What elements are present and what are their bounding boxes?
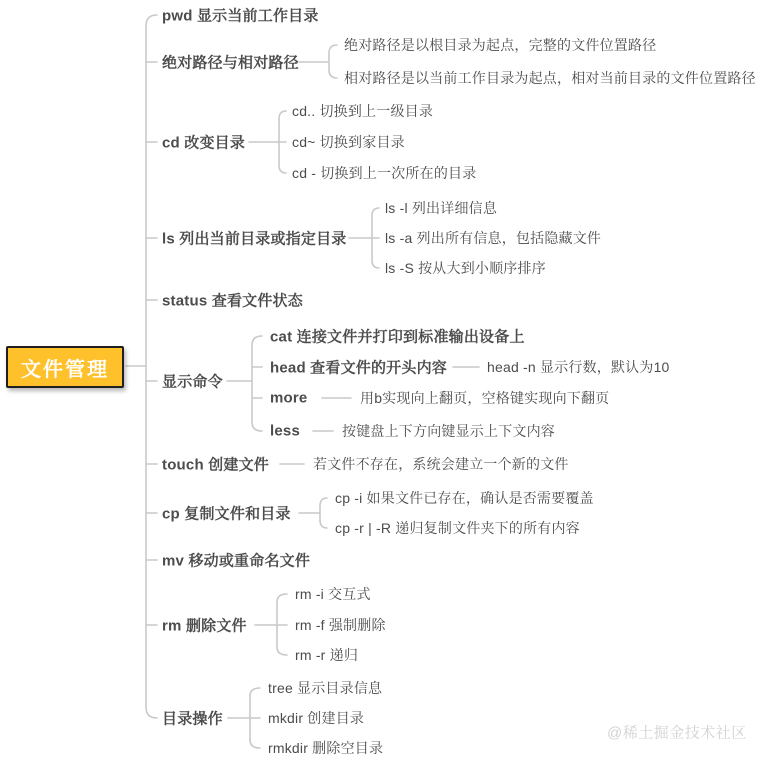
node-display: 显示命令 xyxy=(162,371,223,392)
bracket-cd xyxy=(249,111,286,173)
node-more: more xyxy=(270,390,307,407)
node-rmkdir: rmkdir 删除空目录 xyxy=(268,738,383,758)
node-dir-ops: 目录操作 xyxy=(162,708,223,729)
node-ls: ls 列出当前目录或指定目录 xyxy=(162,228,346,249)
node-head: head 查看文件的开头内容 xyxy=(270,357,447,378)
node-less-desc: 按键盘上下方向键显示上下文内容 xyxy=(342,421,555,441)
node-status: status 查看文件状态 xyxy=(162,290,303,311)
node-rm: rm 删除文件 xyxy=(162,615,247,636)
node-ls-l: ls -l 列出详细信息 xyxy=(385,198,497,218)
node-touch-desc: 若文件不存在，系统会建立一个新的文件 xyxy=(313,454,569,474)
node-cd-up: cd.. 切换到上一级目录 xyxy=(292,101,433,121)
node-mkdir: mkdir 创建目录 xyxy=(268,708,364,728)
node-more-desc: 用b实现向上翻页，空格键实现向下翻页 xyxy=(360,388,609,408)
node-cat: cat 连接文件并打印到标准输出设备上 xyxy=(270,326,525,347)
node-ls-s: ls -S 按从大到小顺序排序 xyxy=(385,258,546,278)
node-cd: cd 改变目录 xyxy=(162,132,245,153)
node-tree: tree 显示目录信息 xyxy=(268,678,382,698)
node-rm-r: rm -r 递归 xyxy=(295,645,358,665)
node-less: less xyxy=(270,423,300,440)
node-cp: cp 复制文件和目录 xyxy=(162,503,291,524)
bracket-abs xyxy=(299,45,337,78)
node-cd-prev: cd - 切换到上一次所在的目录 xyxy=(292,163,476,183)
connector-spine xyxy=(146,15,157,718)
node-ls-a: ls -a 列出所有信息，包括隐藏文件 xyxy=(385,228,601,248)
bracket-ls xyxy=(349,208,379,268)
node-rel-desc: 相对路径是以当前工作目录为起点，相对当前目录的文件位置路径 xyxy=(344,68,756,88)
mindmap-canvas: 文件管理 pwd 显示当前工作目录 绝对路径与相对路径 绝对路径是以根目录为起点… xyxy=(0,0,779,763)
node-touch: touch 创建文件 xyxy=(162,454,269,475)
watermark: @稀土掘金技术社区 xyxy=(607,722,747,743)
node-abs-rel: 绝对路径与相对路径 xyxy=(162,52,299,73)
node-mv: mv 移动或重命名文件 xyxy=(162,550,310,571)
bracket-cp xyxy=(299,498,327,528)
node-cp-r: cp -r | -R 递归复制文件夹下的所有内容 xyxy=(335,518,580,538)
node-cd-home: cd~ 切换到家目录 xyxy=(292,132,405,152)
root-node: 文件管理 xyxy=(6,346,124,388)
node-rm-i: rm -i 交互式 xyxy=(295,584,371,604)
node-abs-desc: 绝对路径是以根目录为起点，完整的文件位置路径 xyxy=(344,35,656,55)
node-head-n: head -n 显示行数，默认为10 xyxy=(487,357,670,377)
bracket-dir xyxy=(228,688,260,748)
bracket-display xyxy=(227,336,262,431)
node-cp-i: cp -i 如果文件已存在，确认是否需要覆盖 xyxy=(335,488,594,508)
node-pwd: pwd 显示当前工作目录 xyxy=(162,5,319,26)
bracket-rm xyxy=(255,594,287,655)
node-rm-f: rm -f 强制删除 xyxy=(295,615,386,635)
